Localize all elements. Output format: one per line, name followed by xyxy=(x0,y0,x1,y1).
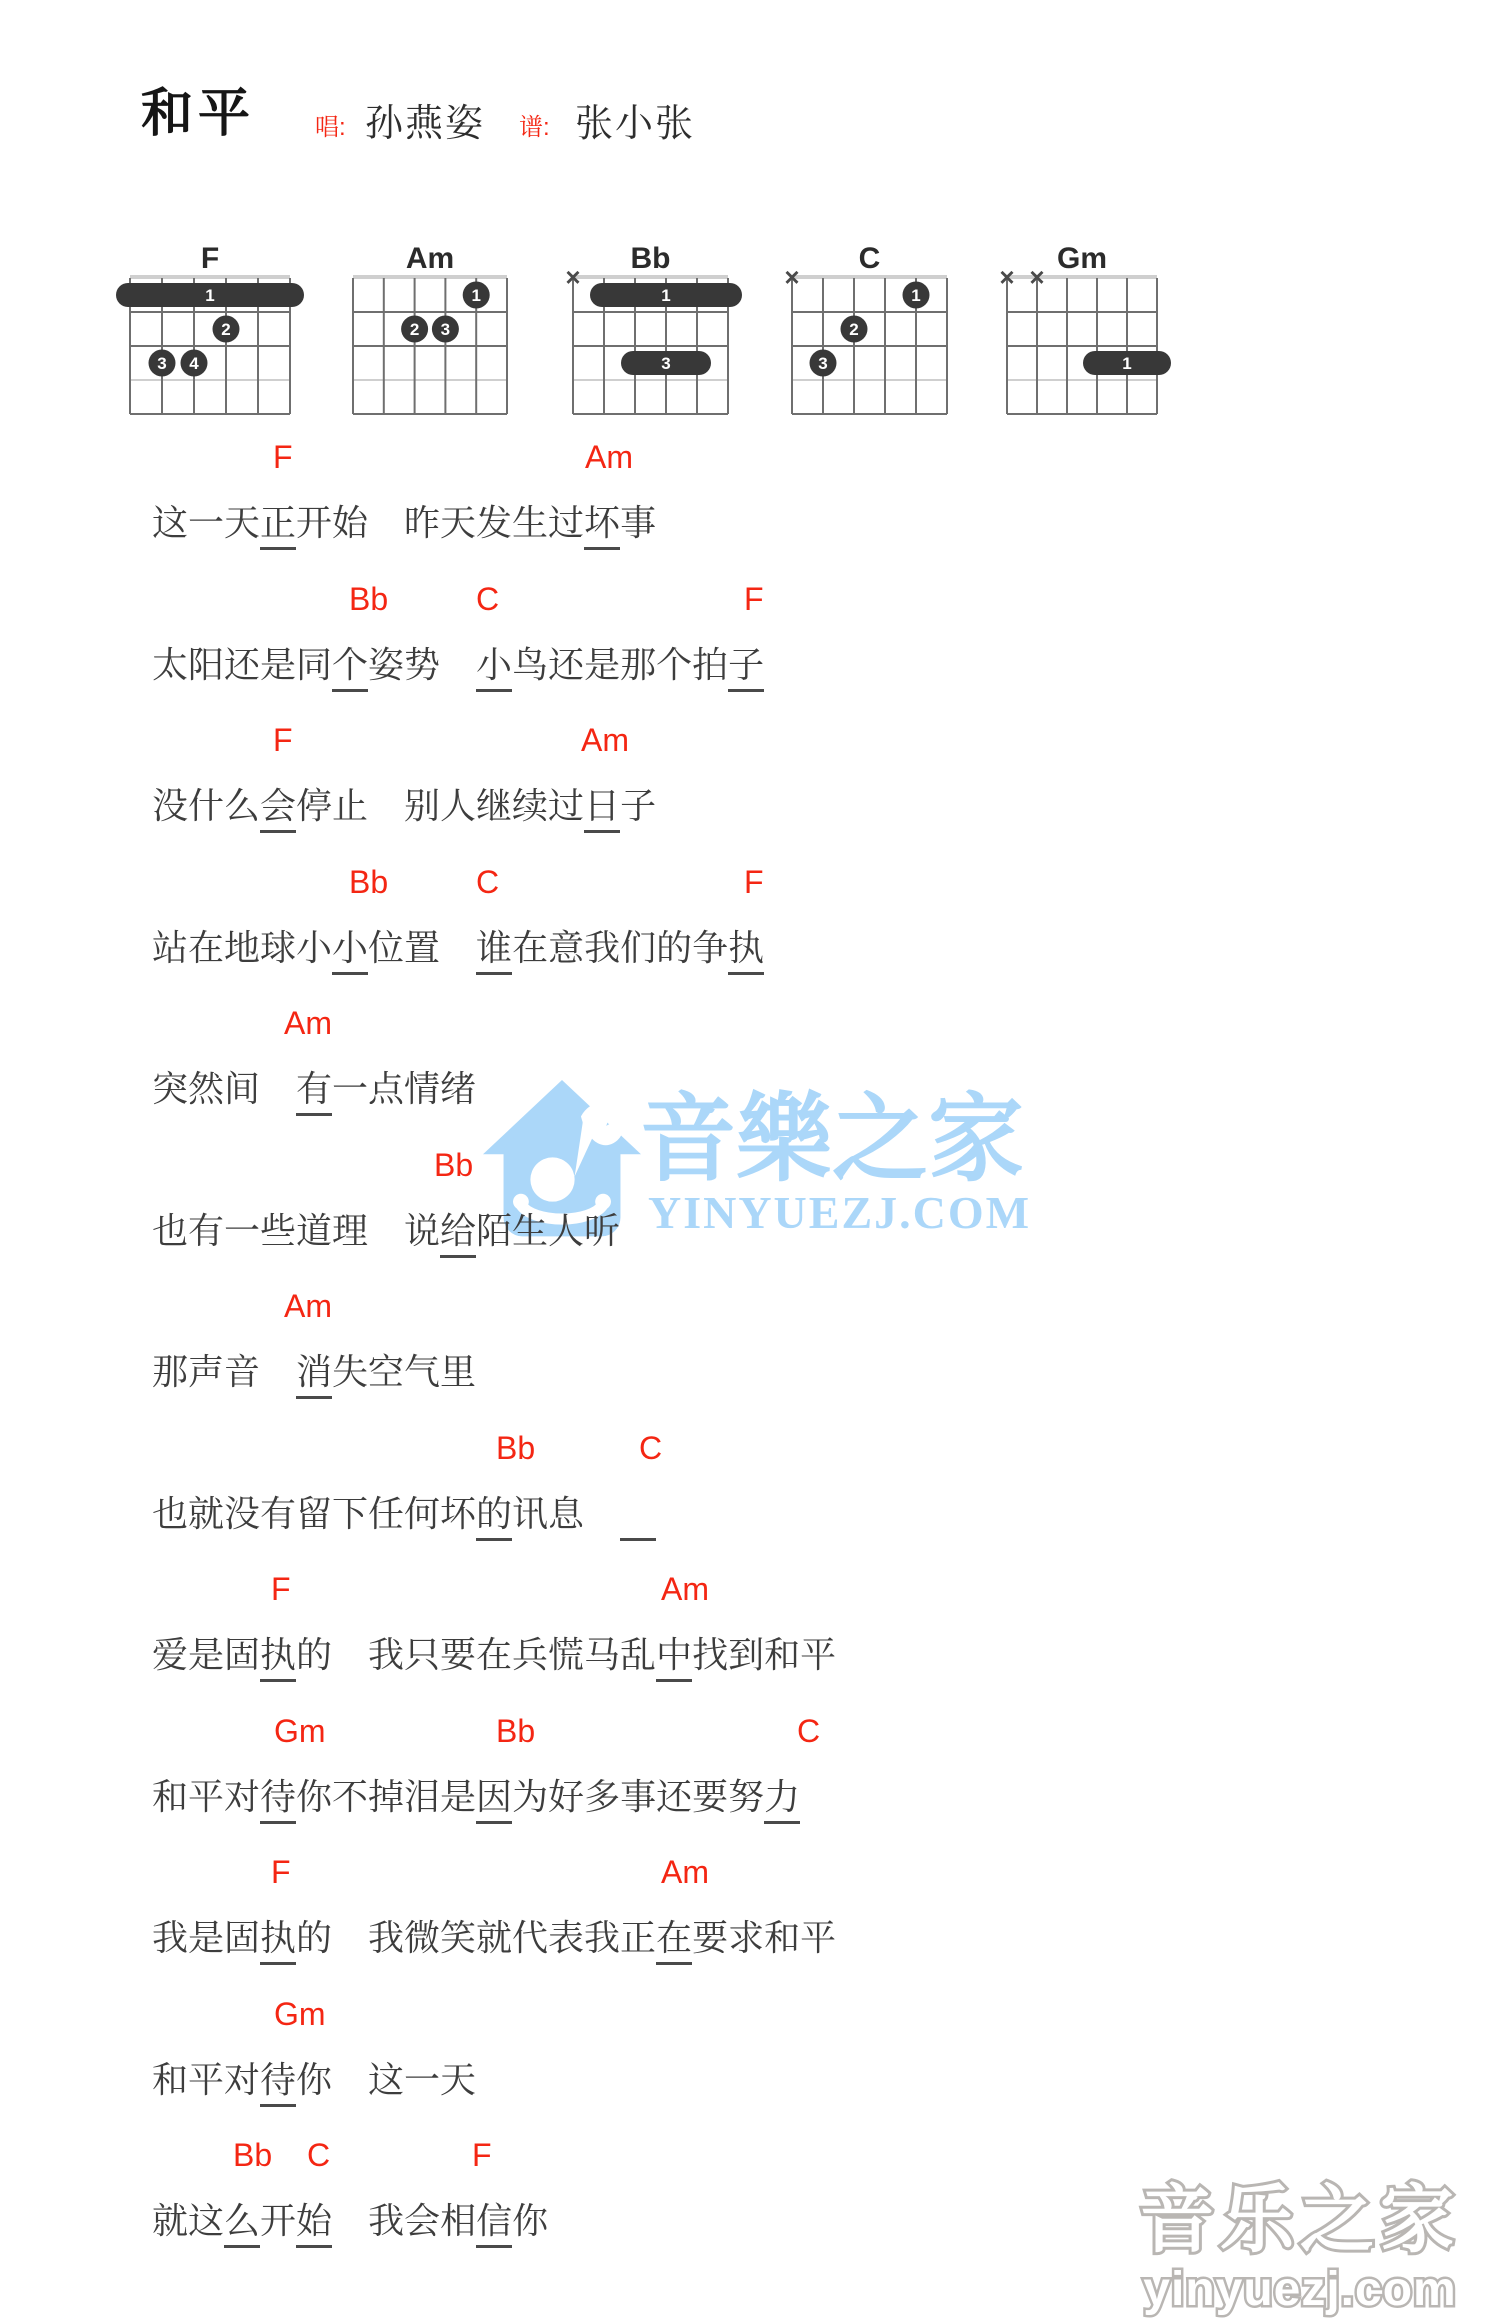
watermark-corner: 音乐之家 yinyuezj.com xyxy=(1110,2170,1490,2324)
lyric-segment: 子 xyxy=(620,785,656,826)
chord-annotation-C: C xyxy=(639,1432,662,1464)
svg-text:3: 3 xyxy=(157,354,166,373)
lyric-segment: 陌生人听 xyxy=(476,1210,620,1251)
chord-annotation-Bb: Bb xyxy=(233,2139,272,2171)
chord-annotation-F: F xyxy=(472,2139,492,2171)
svg-text:1: 1 xyxy=(1122,354,1131,373)
lyric-segment-underlined: 执 xyxy=(728,930,764,975)
diagram-label: F xyxy=(201,242,219,275)
lyric-segment: 我是固 xyxy=(152,1917,260,1958)
watermark-corner-url: yinyuezj.com xyxy=(1143,2263,1456,2316)
lyric-segment-underlined: 日 xyxy=(584,788,620,833)
lyric-segment-underlined: 执 xyxy=(260,1920,296,1965)
lyric-line-8: 也就没有留下任何坏的讯息 xyxy=(152,1496,656,1541)
lyric-line-2: 太阳还是同个姿势 小鸟还是那个拍子 xyxy=(152,647,764,692)
svg-text:1: 1 xyxy=(911,286,920,305)
chord-annotation-F: F xyxy=(273,724,293,756)
chord-annotation-Am: Am xyxy=(585,441,633,473)
lyric-segment: 也就没有留下任何坏 xyxy=(152,1493,476,1534)
lyric-segment-underlined: 有 xyxy=(296,1071,332,1116)
lyric-segment: 事 xyxy=(620,502,656,543)
watermark-corner-cn: 音乐之家 xyxy=(1140,2178,1460,2261)
singer-name: 孙燕姿 xyxy=(365,105,485,143)
chord-annotation-Bb: Bb xyxy=(496,1715,535,1747)
lyric-segment-underlined: 消 xyxy=(296,1354,332,1399)
lyric-segment: 你 xyxy=(512,2200,548,2241)
svg-text:3: 3 xyxy=(441,320,450,339)
lyric-segment-underlined: 力 xyxy=(764,1779,800,1824)
muted-string-mark: × xyxy=(784,262,799,292)
lyric-segment: 也有一些道理 说 xyxy=(152,1210,440,1251)
diagram-label: Gm xyxy=(1057,242,1107,275)
chord-annotation-Am: Am xyxy=(284,1290,332,1322)
lyric-segment: 和平对 xyxy=(152,2059,260,2100)
diagram-label: Bb xyxy=(631,242,671,275)
lyric-line-11: 我是固执的 我微笑就代表我正在要求和平 xyxy=(152,1920,836,1965)
chord-annotation-Am: Am xyxy=(284,1007,332,1039)
chord-annotation-F: F xyxy=(273,441,293,473)
chord-diagram-Bb: Bb×13 xyxy=(553,238,748,433)
lyric-line-13: 就这么开始 我会相信你 xyxy=(152,2203,548,2248)
lyric-segment-underlined: 子 xyxy=(728,647,764,692)
chord-sheet-page: 和平 唱: 孙燕姿 谱: 张小张 音樂之家 YINYUEZJ.COM F1234… xyxy=(0,0,1500,2324)
lyric-segment: 站在地球小 xyxy=(152,927,332,968)
lyric-segment-underlined: 个 xyxy=(332,647,368,692)
svg-text:2: 2 xyxy=(849,320,858,339)
svg-text:3: 3 xyxy=(661,354,670,373)
lyric-line-7: 那声音 消失空气里 xyxy=(152,1354,476,1399)
svg-text:2: 2 xyxy=(410,320,419,339)
lyric-segment-underlined: 待 xyxy=(260,2062,296,2107)
lyric-line-5: 突然间 有一点情绪 xyxy=(152,1071,476,1116)
lyric-segment-underlined: 小 xyxy=(332,930,368,975)
watermark-site-url: YINYUEZJ.COM xyxy=(648,1190,1031,1236)
diagram-label: Am xyxy=(406,242,454,275)
lyric-segment: 开 xyxy=(260,2200,296,2241)
svg-text:2: 2 xyxy=(221,320,230,339)
chord-annotation-Am: Am xyxy=(661,1573,709,1605)
chord-diagram-Am: Am123 xyxy=(333,238,527,433)
lyric-segment-underlined: 的 xyxy=(476,1496,512,1541)
chord-annotation-Bb: Bb xyxy=(496,1432,535,1464)
muted-string-mark: × xyxy=(1029,262,1044,292)
lyric-segment: 位置 xyxy=(368,927,476,968)
lyric-line-4: 站在地球小小位置 谁在意我们的争执 xyxy=(152,930,764,975)
lyric-segment: 那声音 xyxy=(152,1351,296,1392)
svg-text:1: 1 xyxy=(205,286,214,305)
singer-label: 唱: xyxy=(315,116,346,140)
lyric-segment-underlined: 会 xyxy=(260,788,296,833)
lyric-segment: 你 这一天 xyxy=(296,2059,476,2100)
chord-annotation-Gm: Gm xyxy=(274,1998,326,2030)
chord-annotation-Bb: Bb xyxy=(434,1149,473,1181)
muted-string-mark: × xyxy=(999,262,1014,292)
chord-annotation-Am: Am xyxy=(661,1856,709,1888)
lyric-segment: 鸟还是那个拍 xyxy=(512,644,728,685)
lyric-segment-underlined: 中 xyxy=(656,1637,692,1682)
lyric-segment-underlined xyxy=(620,1496,656,1541)
chord-annotation-C: C xyxy=(797,1715,820,1747)
lyric-segment: 要求和平 xyxy=(692,1917,836,1958)
lyric-segment: 讯息 xyxy=(512,1493,620,1534)
lyric-segment: 的 我只要在兵慌马乱 xyxy=(296,1634,656,1675)
lyric-segment-underlined: 因 xyxy=(476,1779,512,1824)
chord-annotation-Gm: Gm xyxy=(274,1715,326,1747)
chord-annotation-C: C xyxy=(307,2139,330,2171)
chord-diagram-C: C×123 xyxy=(772,238,967,433)
lyric-segment-underlined: 坏 xyxy=(584,505,620,550)
chord-annotation-Bb: Bb xyxy=(349,866,388,898)
chord-annotation-F: F xyxy=(271,1856,291,1888)
lyric-segment: 找到和平 xyxy=(692,1634,836,1675)
lyric-line-10: 和平对待你不掉泪是因为好多事还要努力 xyxy=(152,1779,800,1824)
chord-annotation-F: F xyxy=(744,583,764,615)
lyric-segment: 就这 xyxy=(152,2200,224,2241)
chord-diagram-F: F1234 xyxy=(110,238,310,433)
svg-text:4: 4 xyxy=(189,354,199,373)
chord-annotation-Bb: Bb xyxy=(349,583,388,615)
lyric-segment: 我会相 xyxy=(332,2200,476,2241)
page-title: 和平 xyxy=(141,88,255,140)
lyric-line-6: 也有一些道理 说给陌生人听 xyxy=(152,1213,620,1258)
chord-annotation-F: F xyxy=(744,866,764,898)
svg-text:1: 1 xyxy=(471,286,480,305)
muted-string-mark: × xyxy=(565,262,580,292)
lyric-segment-underlined: 始 xyxy=(296,2203,332,2248)
svg-text:3: 3 xyxy=(818,354,827,373)
chord-annotation-C: C xyxy=(476,866,499,898)
lyric-segment: 一点情绪 xyxy=(332,1068,476,1109)
chord-diagram-Gm: Gm××1 xyxy=(987,238,1177,433)
lyric-segment: 你不掉泪是 xyxy=(296,1776,476,1817)
lyric-line-12: 和平对待你 这一天 xyxy=(152,2062,476,2107)
watermark-site-name: 音樂之家 xyxy=(640,1092,1024,1188)
lyric-segment: 在意我们的争 xyxy=(512,927,728,968)
lyric-segment: 开始 昨天发生过 xyxy=(296,502,584,543)
lyric-segment: 爱是固 xyxy=(152,1634,260,1675)
lyric-segment-underlined: 谁 xyxy=(476,930,512,975)
lyric-segment: 停止 别人继续过 xyxy=(296,785,584,826)
lyric-segment: 姿势 xyxy=(368,644,476,685)
chord-annotation-C: C xyxy=(476,583,499,615)
chord-annotation-Am: Am xyxy=(581,724,629,756)
lyric-line-3: 没什么会停止 别人继续过日子 xyxy=(152,788,656,833)
lyric-line-1: 这一天正开始 昨天发生过坏事 xyxy=(152,505,656,550)
svg-text:1: 1 xyxy=(661,286,670,305)
lyric-segment-underlined: 么 xyxy=(224,2203,260,2248)
lyric-segment-underlined: 执 xyxy=(260,1637,296,1682)
lyric-line-9: 爱是固执的 我只要在兵慌马乱中找到和平 xyxy=(152,1637,836,1682)
lyric-segment: 失空气里 xyxy=(332,1351,476,1392)
lyric-segment: 和平对 xyxy=(152,1776,260,1817)
lyric-segment-underlined: 信 xyxy=(476,2203,512,2248)
diagram-label: C xyxy=(859,242,881,275)
lyric-segment: 太阳还是同 xyxy=(152,644,332,685)
scorer-name: 张小张 xyxy=(575,105,695,143)
scorer-label: 谱: xyxy=(519,116,550,140)
lyric-segment: 突然间 xyxy=(152,1068,296,1109)
lyric-segment: 这一天 xyxy=(152,502,260,543)
lyric-segment-underlined: 小 xyxy=(476,647,512,692)
lyric-segment-underlined: 正 xyxy=(260,505,296,550)
chord-annotation-F: F xyxy=(271,1573,291,1605)
lyric-segment-underlined: 给 xyxy=(440,1213,476,1258)
lyric-segment: 为好多事还要努 xyxy=(512,1776,764,1817)
lyric-segment-underlined: 待 xyxy=(260,1779,296,1824)
lyric-segment-underlined: 在 xyxy=(656,1920,692,1965)
lyric-segment: 没什么 xyxy=(152,785,260,826)
lyric-segment: 的 我微笑就代表我正 xyxy=(296,1917,656,1958)
